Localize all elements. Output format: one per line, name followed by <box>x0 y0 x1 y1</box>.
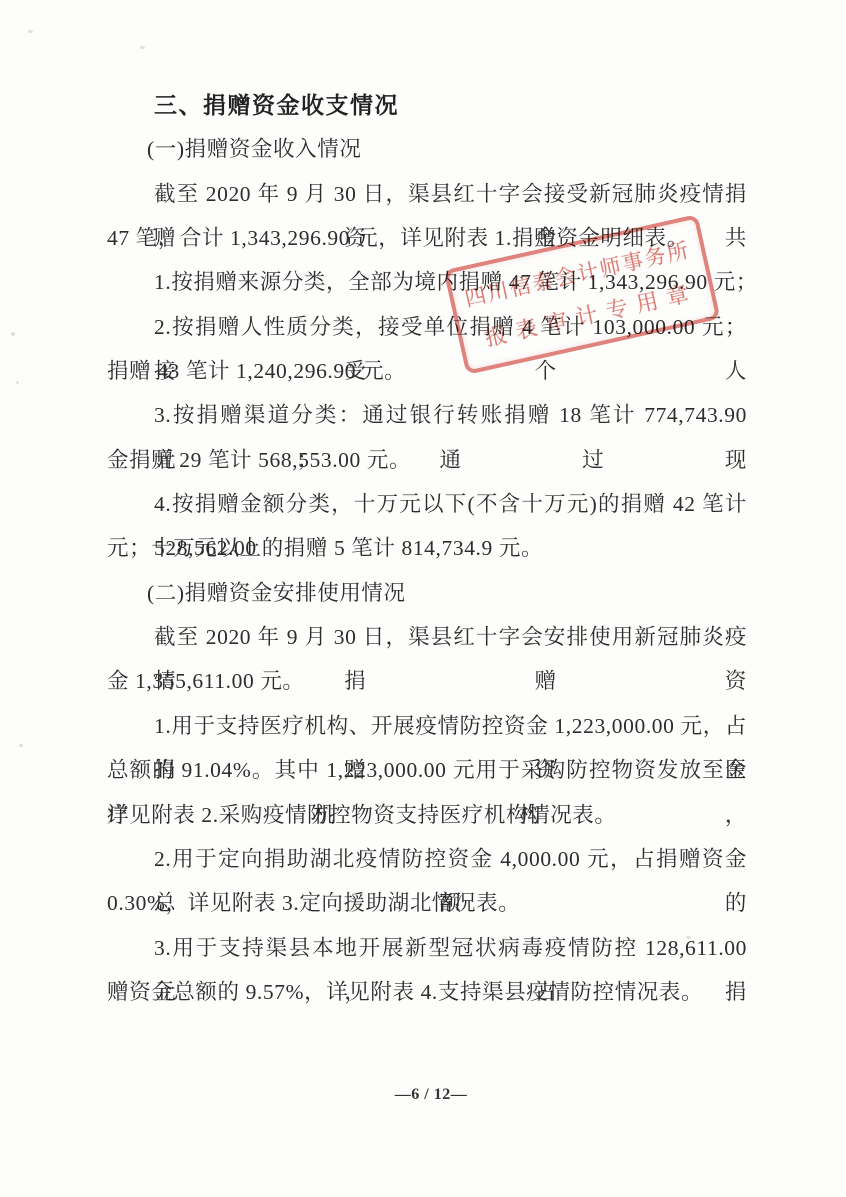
scan-speck <box>140 46 145 49</box>
doc-line: 1.按捐赠来源分类，全部为境内捐赠 47 笔计 1,343,296.90 元； <box>107 260 747 304</box>
doc-line: 截至 2020 年 9 月 30 日，渠县红十字会安排使用新冠肺炎疫情捐赠资 <box>107 615 747 659</box>
doc-line: 2.用于定向捐助湖北疫情防控资金 4,000.00 元，占捐赠资金总额的 <box>107 837 747 881</box>
document-body: 三、捐赠资金收支情况 (一)捐赠资金收入情况 截至 2020 年 9 月 30 … <box>107 83 747 1014</box>
doc-line: 元；十万元以上的捐赠 5 笔计 814,734.9 元。 <box>107 526 747 570</box>
document-page: 三、捐赠资金收支情况 (一)捐赠资金收入情况 截至 2020 年 9 月 30 … <box>0 0 846 1197</box>
subsection-heading-2: (二)捐赠资金安排使用情况 <box>107 571 747 615</box>
doc-line: 3.用于支持渠县本地开展新型冠状病毒疫情防控 128,611.00 元，占捐 <box>107 926 747 970</box>
scan-speck <box>686 936 691 939</box>
page-number: —6 / 12— <box>0 1086 846 1104</box>
doc-line: 总额的 91.04%。其中 1,223,000.00 元用于采购防控物资发放至医… <box>107 748 747 792</box>
section-heading: 三、捐赠资金收支情况 <box>107 83 747 127</box>
scan-speck <box>19 744 23 747</box>
doc-line: 47 笔，合计 1,343,296.90 元，详见附表 1.捐赠资金明细表。 <box>107 216 747 260</box>
scan-speck <box>11 332 15 336</box>
scan-speck <box>28 30 33 33</box>
subsection-heading-1: (一)捐赠资金收入情况 <box>107 127 747 171</box>
doc-line: 赠资金总额的 9.57%，详见附表 4.支持渠县疫情防控情况表。 <box>107 970 747 1014</box>
doc-line: 4.按捐赠金额分类，十万元以下(不含十万元)的捐赠 42 笔计 528,562.… <box>107 482 747 526</box>
scan-speck <box>16 381 19 384</box>
doc-line: 1.用于支持医疗机构、开展疫情防控资金 1,223,000.00 元，占捐赠资金 <box>107 704 747 748</box>
doc-line: 3.按捐赠渠道分类：通过银行转账捐赠 18 笔计 774,743.90 元；通过… <box>107 393 747 437</box>
doc-line: 截至 2020 年 9 月 30 日，渠县红十字会接受新冠肺炎疫情捐赠资金共 <box>107 172 747 216</box>
doc-line: 2.按捐赠人性质分类，接受单位捐赠 4 笔计 103,000.00 元；接受个人 <box>107 305 747 349</box>
